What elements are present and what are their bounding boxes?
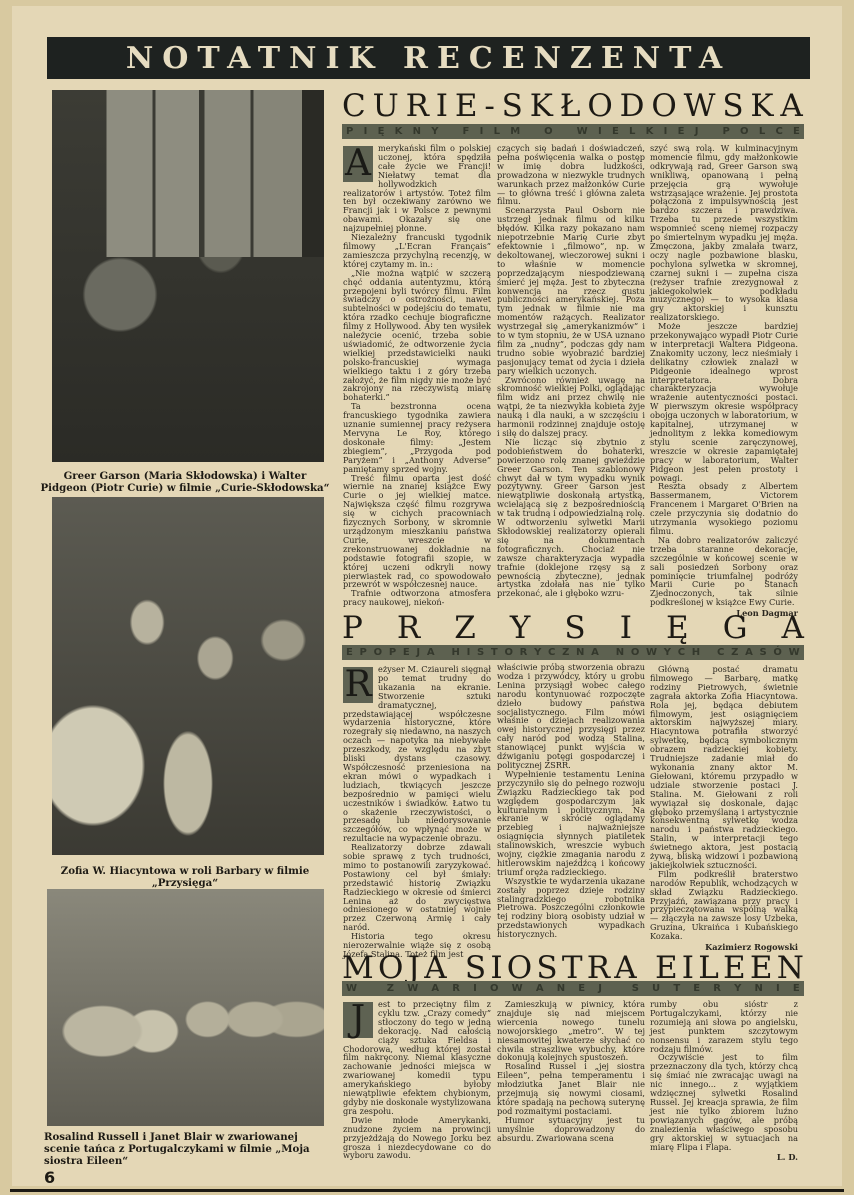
title-letter: I bbox=[364, 126, 368, 137]
paragraph: Humor sytuacyjny jest tu umyślnie doprow… bbox=[497, 1116, 645, 1143]
title-letter: P bbox=[342, 610, 363, 646]
title-letter: O bbox=[490, 983, 499, 994]
paragraph: Trafnie odtworzona atmosfera pracy nauko… bbox=[343, 589, 491, 607]
title-letter: W bbox=[789, 647, 800, 658]
title-letter: L bbox=[494, 126, 500, 137]
title-letter: O bbox=[544, 126, 553, 137]
title-letter: R bbox=[397, 610, 420, 646]
title-letter: H bbox=[692, 647, 700, 658]
paragraph: Nie licząc się zbytnio z podobieństwem d… bbox=[497, 438, 645, 598]
article-przysiega-column-2: właściwie próbą stworzenia obrazu wodza … bbox=[497, 663, 645, 939]
title-letter: E bbox=[678, 126, 685, 137]
title-letter: I bbox=[436, 88, 449, 124]
paragraph: rumby obu sióstr z Portugalczykami, któr… bbox=[650, 1000, 798, 1053]
title-letter: A bbox=[591, 647, 599, 658]
article-przysiega-column-1: R eżyser M. Cziaureli sięgnął po temat t… bbox=[343, 665, 491, 959]
title-letter: Z bbox=[454, 610, 476, 646]
title-letter: Y bbox=[664, 647, 671, 658]
author-signature: L. D. bbox=[650, 1153, 798, 1162]
title-letter: C bbox=[678, 647, 685, 658]
title-letter: P bbox=[722, 126, 729, 137]
title-letter: P bbox=[389, 647, 396, 658]
title-letter: N bbox=[755, 983, 763, 994]
title-letter: I bbox=[776, 983, 780, 994]
title-letter: N bbox=[557, 983, 565, 994]
title-letter bbox=[449, 126, 452, 137]
paragraph: Ta bezstronna ocena francuskiego tygodni… bbox=[343, 402, 491, 473]
article-curie-column-1: A merykański film o polskiej uczonej, kt… bbox=[343, 144, 491, 607]
title-letter: A bbox=[536, 983, 544, 994]
paragraph: Reszta obsady z Albertem Bassermanem, Vi… bbox=[650, 482, 798, 535]
title-letter: E bbox=[346, 647, 353, 658]
title-letter: S bbox=[632, 983, 639, 994]
title-letter: K bbox=[395, 126, 403, 137]
title-letter: R bbox=[713, 983, 721, 994]
title-letter: Y bbox=[734, 983, 741, 994]
title-letter: R bbox=[406, 88, 430, 124]
title-letter: Y bbox=[431, 126, 438, 137]
article-przysiega-column-3: Główną postać dramatu filmowego — Barbar… bbox=[650, 665, 798, 952]
paragraph: szyć swą rolą. W kulminacyjnym momencie … bbox=[650, 144, 798, 322]
title-letter: A bbox=[745, 647, 753, 658]
title-letter: O bbox=[504, 647, 513, 658]
title-letter: I bbox=[620, 610, 632, 646]
article-subtitle-przysiega: EPOPEJA HISTORYCZNA NOWYCH CZASÓW bbox=[342, 645, 804, 660]
title-letter: W bbox=[646, 647, 657, 658]
title-letter: I bbox=[473, 983, 477, 994]
photo-caption-1: Greer Garson (Maria Skłodowska) i Walter… bbox=[40, 470, 330, 494]
title-letter bbox=[563, 126, 566, 137]
title-letter: I bbox=[598, 126, 602, 137]
title-letter: N bbox=[576, 647, 584, 658]
bottom-rule-divider bbox=[10, 1189, 844, 1192]
paragraph: Film podkreślił braterstwo narodów Repub… bbox=[650, 870, 798, 941]
paragraph: Oczywiście jest to film przeznaczony dla… bbox=[650, 1053, 798, 1151]
article-subtitle-curie: PIĘKNY FILM O WIELKIEJ POLCE bbox=[342, 124, 804, 139]
article-title-curie: CURIE-SKŁODOWSKA bbox=[342, 88, 804, 124]
title-letter: S bbox=[502, 88, 524, 124]
dropcap: A bbox=[343, 146, 373, 182]
title-letter bbox=[370, 983, 373, 994]
photo-caption-2: Zofia W. Hiacyntowa w roli Barbary w fil… bbox=[40, 865, 330, 889]
title-letter: S bbox=[760, 647, 767, 658]
title-letter: U bbox=[652, 983, 660, 994]
title-letter: I bbox=[664, 126, 668, 137]
title-letter: Ó bbox=[773, 647, 782, 658]
title-letter: O bbox=[587, 88, 613, 124]
paragraph: Wypełnienie testamentu Lenina przyczynił… bbox=[497, 770, 645, 877]
article-eileen-column-2: Zamieszkują w piwnicy, która znajduje si… bbox=[497, 1000, 645, 1143]
title-letter: W bbox=[684, 88, 717, 124]
title-letter: T bbox=[491, 647, 498, 658]
title-letter: W bbox=[577, 126, 588, 137]
article-curie-column-3: szyć swą rolą. W kulminacyjnym momencie … bbox=[650, 144, 798, 618]
title-letter bbox=[615, 983, 618, 994]
title-letter: C bbox=[717, 647, 724, 658]
title-letter: T bbox=[673, 983, 680, 994]
title-letter: Ę bbox=[378, 126, 385, 137]
article-curie-column-2: czących się badań i doświadczeń, pełna p… bbox=[497, 144, 645, 598]
title-letter: S bbox=[722, 88, 744, 124]
title-letter: - bbox=[484, 88, 495, 124]
title-letter: O bbox=[651, 88, 677, 124]
title-letter: W bbox=[512, 983, 523, 994]
title-letter: E bbox=[793, 126, 800, 137]
title-letter: J bbox=[695, 126, 699, 137]
title-letter: O bbox=[740, 126, 749, 137]
title-letter: C bbox=[548, 647, 555, 658]
title-letter: C bbox=[342, 88, 367, 124]
title-letter bbox=[530, 126, 533, 137]
paragraph: Niezależny francuski tygodnik filmowy „L… bbox=[343, 233, 491, 269]
title-letter: E bbox=[455, 88, 479, 124]
title-letter: I bbox=[480, 126, 484, 137]
title-letter: U bbox=[373, 88, 400, 124]
title-letter: L bbox=[629, 126, 635, 137]
title-letter: E bbox=[693, 983, 700, 994]
dropcap: R bbox=[343, 667, 373, 703]
title-letter bbox=[707, 647, 710, 658]
title-letter: W bbox=[346, 983, 357, 994]
photo-caption-3: Rosalind Russell i Janet Blair w zwariow… bbox=[44, 1131, 329, 1167]
title-letter: R bbox=[520, 647, 528, 658]
title-letter: A bbox=[431, 983, 439, 994]
title-letter: E bbox=[578, 983, 585, 994]
masthead-title: NOTATNIK RECENZENTA bbox=[126, 41, 731, 76]
title-letter: J bbox=[416, 647, 420, 658]
article-eileen-column-3: rumby obu sióstr z Portugalczykami, któr… bbox=[650, 1000, 798, 1162]
title-letter: R bbox=[452, 983, 460, 994]
paragraph: Na dobro realizatorów zaliczyć trzeba st… bbox=[650, 536, 798, 607]
dropcap: J bbox=[343, 1002, 373, 1038]
paragraph: „Nie można wątpić w szczerą chęć oddania… bbox=[343, 269, 491, 403]
title-letter: S bbox=[564, 610, 585, 646]
paragraph: Zwrócono również uwagę na skromność wiel… bbox=[497, 376, 645, 438]
page-number: 6 bbox=[44, 1168, 55, 1187]
title-letter: N bbox=[413, 126, 421, 137]
title-letter: A bbox=[780, 88, 803, 124]
photo-curie-sklodowska bbox=[52, 90, 324, 462]
masthead-banner: NOTATNIK RECENZENTA bbox=[47, 37, 810, 79]
title-letter: Y bbox=[510, 610, 530, 646]
paragraph: czących się badań i doświadczeń, pełna p… bbox=[497, 144, 645, 206]
title-letter: A bbox=[782, 610, 804, 646]
photo-przysiega bbox=[52, 497, 324, 855]
paragraph: Scenarzysta Paul Osborn nie ustrzegł jed… bbox=[497, 206, 645, 375]
paragraph: Może jeszcze bardziej przekonywająco wyp… bbox=[650, 322, 798, 482]
paragraph: Dwie młode Amerykanki, znudzone życiem n… bbox=[343, 1116, 491, 1161]
title-letter: O bbox=[631, 647, 640, 658]
title-letter: E bbox=[612, 126, 619, 137]
title-letter: Z bbox=[562, 647, 569, 658]
title-letter: Z bbox=[387, 983, 394, 994]
article-title-przysiega: PRZYSIĘGA bbox=[342, 610, 804, 646]
title-letter: G bbox=[723, 610, 748, 646]
paragraph: Rosalind Russel i „jej siostra Eileen”, … bbox=[497, 1062, 645, 1115]
title-letter: A bbox=[427, 647, 435, 658]
title-letter: P bbox=[360, 647, 367, 658]
title-letter: E bbox=[793, 983, 800, 994]
paragraph: Główną postać dramatu filmowego — Barbar… bbox=[650, 665, 798, 870]
title-letter: Z bbox=[731, 647, 738, 658]
title-letter: F bbox=[463, 126, 470, 137]
title-letter: K bbox=[750, 88, 774, 124]
title-letter: O bbox=[374, 647, 383, 658]
article-eileen-column-1: J est to przeciętny film z cyklu tzw. „C… bbox=[343, 1000, 491, 1160]
paragraph: właściwie próbą stworzenia obrazu wodza … bbox=[497, 663, 645, 770]
title-letter: M bbox=[510, 126, 520, 137]
paragraph: Treść filmu oparta jest dość wiernie na … bbox=[343, 474, 491, 590]
title-letter: Ę bbox=[666, 610, 689, 646]
title-letter: K bbox=[530, 88, 554, 124]
title-letter: Ł bbox=[560, 88, 582, 124]
paragraph: Zamieszkują w piwnicy, która znajduje si… bbox=[497, 1000, 645, 1062]
title-letter bbox=[441, 647, 444, 658]
title-letter: D bbox=[620, 88, 646, 124]
title-letter: Y bbox=[534, 647, 541, 658]
paragraph: Realizatorzy dobrze zdawali sobie sprawę… bbox=[343, 843, 491, 932]
title-letter bbox=[606, 647, 609, 658]
title-letter: J bbox=[598, 983, 602, 994]
title-letter: I bbox=[467, 647, 471, 658]
paragraph: Wszystkie te wydarzenia ukazane zostały … bbox=[497, 877, 645, 939]
title-letter: P bbox=[346, 126, 353, 137]
title-letter: H bbox=[451, 647, 459, 658]
title-letter bbox=[709, 126, 712, 137]
title-letter: S bbox=[477, 647, 484, 658]
title-letter: K bbox=[646, 126, 654, 137]
article-subtitle-moja-siostra-eileen: W ZWARIOWANEJ SUTERYNIE bbox=[342, 981, 804, 996]
title-letter: C bbox=[775, 126, 782, 137]
title-letter: L bbox=[759, 126, 765, 137]
title-letter: W bbox=[407, 983, 418, 994]
title-letter: N bbox=[616, 647, 624, 658]
photo-moja-siostra-eileen bbox=[47, 889, 324, 1126]
title-letter: E bbox=[403, 647, 410, 658]
